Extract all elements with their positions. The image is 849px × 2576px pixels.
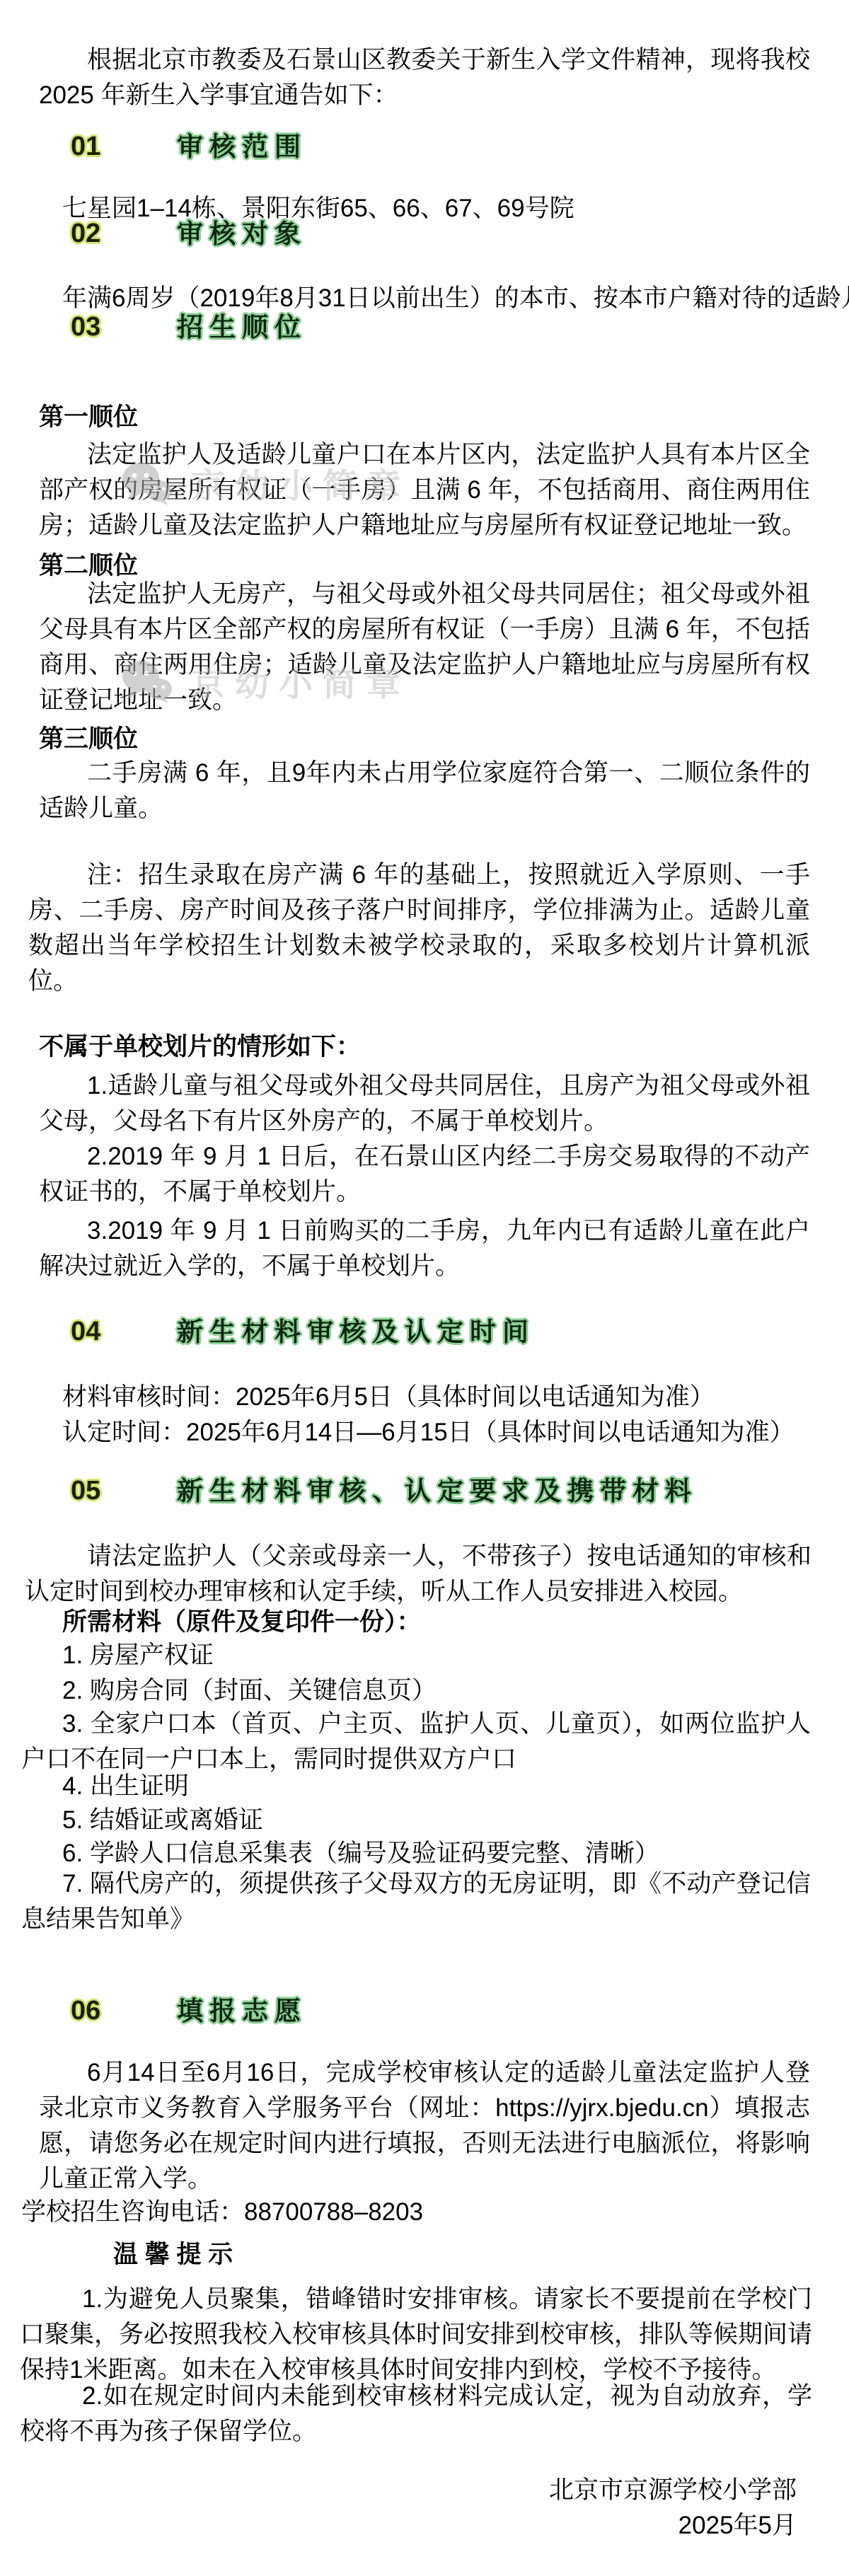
order-note: 注：招生录取在房产满 6 年的基础上，按照就近入学原则、一手房、二手房、房产时间… [28, 857, 810, 999]
section-01-number: 01 [71, 131, 100, 162]
tip-item-2: 2.如在规定时间内未能到校审核材料完成认定，视为自动放弃，学校将不再为孩子保留学… [20, 2379, 812, 2449]
material-item-1: 1. 房屋产权证 [62, 1638, 214, 1673]
materials-intro: 请法定监护人（父亲或母亲一人，不带孩子）按电话通知的审核和认定时间到校办理审核和… [25, 1539, 812, 1610]
exclusion-item-2: 2.2019 年 9 月 1 日后，在石景山区内经二手房交易取得的不动产权证书的… [39, 1139, 810, 1210]
signature-date: 2025年5月 [39, 2508, 797, 2543]
section-04-title: 新生材料审核及认定时间 [177, 1316, 535, 1348]
section-02-title: 审核对象 [177, 218, 307, 250]
material-item-2: 2. 购房合同（封面、关键信息页） [62, 1673, 437, 1709]
section-03-title: 招生顺位 [177, 311, 307, 344]
volunteer-paragraph: 6月14日至6月16日，完成学校审核认定的适龄儿童法定监护人登录北京市义务教育入… [39, 2055, 810, 2197]
first-order-label: 第一顺位 [39, 400, 810, 435]
materials-heading: 所需材料（原件及复印件一份）： [62, 1605, 422, 1640]
signature-org: 北京市京源学校小学部 [39, 2473, 797, 2508]
first-order-text: 法定监护人及适龄儿童户口在本片区内，法定监护人具有本片区全部产权的房屋所有权证（… [39, 437, 810, 543]
material-item-4: 4. 出生证明 [62, 1769, 189, 1804]
exclusion-heading: 不属于单校划片的情形如下： [39, 1029, 810, 1065]
section-03-number: 03 [71, 311, 100, 342]
phone-line: 学校招生咨询电话：88700788–8203 [21, 2195, 423, 2230]
third-order-label: 第三顺位 [39, 722, 810, 757]
enrollment-notice-document: 根据北京市教委及石景山区教委关于新生入学文件精神，现将我校 2025 年新生入学… [0, 0, 849, 2576]
scope-line: 七星园1–14栋、景阳东街65、66、67、69号院 [62, 191, 574, 226]
tip-item-1: 1.为避免人员聚集，错峰错时安排审核。请家长不要提前在学校门口聚集，务必按照我校… [20, 2282, 812, 2388]
material-item-7: 7. 隔代房产的，须提供孩子父母双方的无房证明，即《不动产登记信息结果告知单》 [21, 1866, 811, 1937]
tips-heading: 温 馨 提 示 [113, 2237, 233, 2272]
section-05-title: 新生材料审核、认定要求及携带材料 [177, 1475, 698, 1508]
exclusion-item-1: 1.适龄儿童与祖父母或外祖父母共同居住，且房产为祖父母或外祖父母，父母名下有片区… [39, 1068, 810, 1139]
confirm-time-line: 认定时间：2025年6月14日—6月15日（具体时间以电话通知为准） [62, 1415, 795, 1450]
review-time-line: 材料审核时间：2025年6月5日（具体时间以电话通知为准） [62, 1380, 715, 1415]
material-item-3: 3. 全家户口本（首页、户主页、监护人页、儿童页），如两位监护人户口不在同一户口… [21, 1706, 811, 1777]
intro-paragraph: 根据北京市教委及石景山区教委关于新生入学文件精神，现将我校 2025 年新生入学… [39, 42, 810, 113]
exclusion-item-3: 3.2019 年 9 月 1 日前购买的二手房，九年内已有适龄儿童在此户解决过就… [39, 1213, 810, 1284]
third-order-text: 二手房满 6 年，且9年内未占用学位家庭符合第一、二顺位条件的适龄儿童。 [39, 756, 810, 826]
section-05-number: 05 [71, 1475, 100, 1506]
second-order-text: 法定监护人无房产，与祖父母或外祖父母共同居住；祖父母或外祖父母具有本片区全部产权… [39, 577, 810, 718]
section-04-number: 04 [71, 1316, 100, 1347]
section-06-number: 06 [71, 1995, 100, 2026]
section-01-title: 审核范围 [177, 131, 307, 163]
section-06-title: 填报志愿 [177, 1995, 307, 2028]
section-02-number: 02 [71, 218, 100, 249]
material-item-5: 5. 结婚证或离婚证 [62, 1803, 263, 1838]
